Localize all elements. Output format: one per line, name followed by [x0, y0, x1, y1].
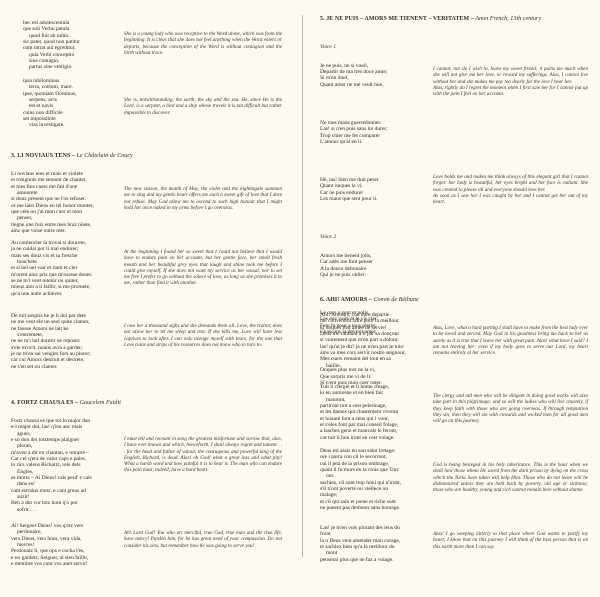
- verse-line: ne pueent pas demorer sans hontage.: [320, 505, 401, 511]
- song-5-voice-2-translation: Love holds me and makes me think always …: [433, 174, 588, 205]
- voice-1-stanza-2: Ne mes maus guerredonner.Las! si n'en pu…: [320, 120, 388, 145]
- song-composer: Anon French, 13th century: [475, 16, 541, 22]
- verse-line: et rosignols me semont de chanter,: [11, 177, 94, 183]
- song-4-stanza-2-original: Ai! Seigner Dieus! vos q'etz versperdona…: [11, 523, 88, 567]
- verse-line: Las! je m'en vois plorant des ieus du: [320, 525, 400, 531]
- verse-line: car cui Amors destruit et desirete,: [11, 357, 91, 363]
- song-title: JE NE PUIS – AMORS ME TIENENT – VERITATE…: [326, 16, 469, 22]
- song-3-stanza-2-translation: At the beginning I found her so sweet th…: [124, 249, 282, 287]
- song-4-stanza-2-translation: Ah! Lord God! You who art merciful, true…: [124, 530, 282, 549]
- voice-1-stanza-3: Hé, las! bien me doit peserQuant onques …: [320, 177, 388, 202]
- song-number: 3.: [11, 153, 16, 159]
- song-composer: Gaucelem Faidit: [80, 400, 121, 406]
- verse-line: Trop chier me fet comparer: [320, 133, 388, 139]
- song-6-stanza-4-original: Las! je m'en vois plorant des ieus dufro…: [320, 525, 400, 563]
- song-6-stanza-4-translation: Alas! I go weeping bitterly to that plac…: [433, 531, 588, 550]
- verse-line: me convendra faire pour la meillour: [320, 318, 406, 324]
- right-page: 5. JE NE PUIS – AMORS ME TIENENT – VERIT…: [303, 0, 600, 597]
- song-6-heading: 6. AHI! AMOURS – Conon de Béthune: [320, 297, 419, 303]
- song-title: FORTZ CHAUSA ES: [17, 400, 73, 406]
- song-number: 5.: [320, 16, 325, 22]
- verse-line: baillie.: [320, 363, 406, 369]
- song-4-stanza-1-original: Fortz chausa es que tot lo major dane-l …: [11, 418, 92, 513]
- verse-line: si voirement que m'en part a dolour.: [320, 337, 406, 343]
- verse-line: cum intrat aut egreditur,: [23, 45, 80, 51]
- verse-line: Perdonatz li, que ops e cocha l'es,: [11, 548, 88, 554]
- verse-line: ainz que voise outre mer.: [11, 228, 94, 234]
- verse-line: ne s'en set ou clamer.: [11, 364, 91, 370]
- voice-label: Voice 2: [320, 234, 388, 240]
- song-title: AHI! AMOURS: [326, 297, 368, 303]
- song-number: 4.: [11, 400, 16, 406]
- voice-label: Voice 1: [320, 44, 388, 50]
- verse-line: Quant amer ne me veult mie,: [320, 82, 388, 88]
- song-4-stanza-1-translation: I must tell and recount in song the grea…: [124, 436, 282, 474]
- verse-line: lo rics valens Richartz, reis dels: [11, 462, 92, 468]
- voice-2-stanza-1: Amors me tienent jolis,Car adès me font …: [320, 253, 388, 278]
- verse-line: penserai plus que ne faz a voiage.: [320, 557, 400, 563]
- verse-line: Les maus que sent pour li.: [320, 196, 388, 202]
- verse-line: terra, coelum, mare.: [23, 84, 77, 90]
- verse-line: e-l major dol, las! q'ieu anc mais: [11, 424, 92, 430]
- verse-line: Qui je ne puis oblier:: [320, 272, 388, 278]
- song-6-stanza-1-original: Ahi! Amours, con dure departieme convend…: [320, 312, 406, 369]
- verse-line: Las! si n'en puis sans lui durer;: [320, 126, 388, 132]
- verse-line: a lasches genz et mauvais le feront,: [320, 428, 398, 434]
- song-3-heading: 3. LI NOVIAUS TENS – Le Châtelain de Cou…: [11, 153, 133, 159]
- verse-line: car tuit li bon iront en cest voiage.: [320, 435, 398, 441]
- song-5-heading: 5. JE NE PUIS – AMORS ME TIENENT – VERIT…: [320, 16, 541, 22]
- verse-line: mieuz aim a li faillir, si me promete,: [11, 284, 92, 290]
- verse-line: et les dames qui chastement vivront: [320, 409, 398, 415]
- verse-line: ne ne m'i lait dormir ne reposer.: [11, 338, 91, 344]
- verse-line: sofrir . . .: [11, 507, 92, 513]
- verse-line: vias investigare.: [23, 122, 77, 128]
- intro-stanza-1-original: hec est adolescentulaque soli Verbo patu…: [23, 20, 80, 71]
- intro-stanza-2-translation: She is, notwithstanding, the earth, the …: [124, 97, 282, 116]
- song-6-stanza-3-original: Deus est assis en son saint iretage:ore …: [320, 448, 401, 511]
- verse-line: partus sine vestigio.: [23, 64, 80, 70]
- song-composer: Conon de Béthune: [374, 297, 419, 303]
- song-6-stanza-3-translation: God is being besieged in his holy inheri…: [433, 462, 588, 493]
- verse-line: L'amour qu'ai en li.: [320, 139, 388, 145]
- song-3-stanza-1-original: Li noviaus tens et mais et violeteet ros…: [11, 171, 94, 234]
- song-3-stanza-3-original: De mil sospirs ke je li doi par detene m…: [11, 313, 91, 370]
- song-6-stanza-2-translation: The clergy and old men who will be dilig…: [433, 393, 588, 424]
- song-composer: Le Châtelain de Coucy: [77, 153, 133, 159]
- verse-line: e membre vos cum vos anet servir!: [11, 561, 88, 567]
- song-3-stanza-3-translation: I owe her a thousand sighs and she deman…: [124, 323, 282, 348]
- song-6-stanza-1-translation: Alas, Love, what a hard parting I shall …: [433, 325, 588, 356]
- intro-stanza-1-translation: She is a young lady who was receptive to…: [124, 31, 282, 56]
- verse-line: qu'a une autre achiever.: [11, 291, 92, 297]
- song-3-stanza-2-original: Au comencier la trovai si doucete,ja ne …: [11, 240, 92, 297]
- left-page: hec est adolescentulaque soli Verbo patu…: [0, 0, 300, 597]
- verse-line: si douz present que ne l'os refuser.: [11, 196, 94, 202]
- song-3-stanza-1-translation: The new season, the month of May, the vi…: [124, 186, 282, 211]
- verse-line: ne me veut ele un seul quite clamer,: [11, 319, 91, 325]
- intro-stanza-2-original: ipsa nihilominusterra, coelum, mare.ipse…: [23, 78, 77, 129]
- voice-1-stanza-1: Je ne puis, ne si voeil,Departir de ma t…: [320, 63, 388, 88]
- song-number: 6.: [320, 297, 325, 303]
- song-5-voice-1-translation: I cannot, nor do I wish to, leave my swe…: [433, 66, 588, 97]
- song-6-stanza-2-original: Tuit li clergié et li home d'eage,ki en …: [320, 384, 398, 441]
- song-title: LI NOVIAUS TENS: [17, 153, 70, 159]
- song-4-heading: 4. FORTZ CHAUSA ES – Gaucelem Faidit: [11, 400, 121, 406]
